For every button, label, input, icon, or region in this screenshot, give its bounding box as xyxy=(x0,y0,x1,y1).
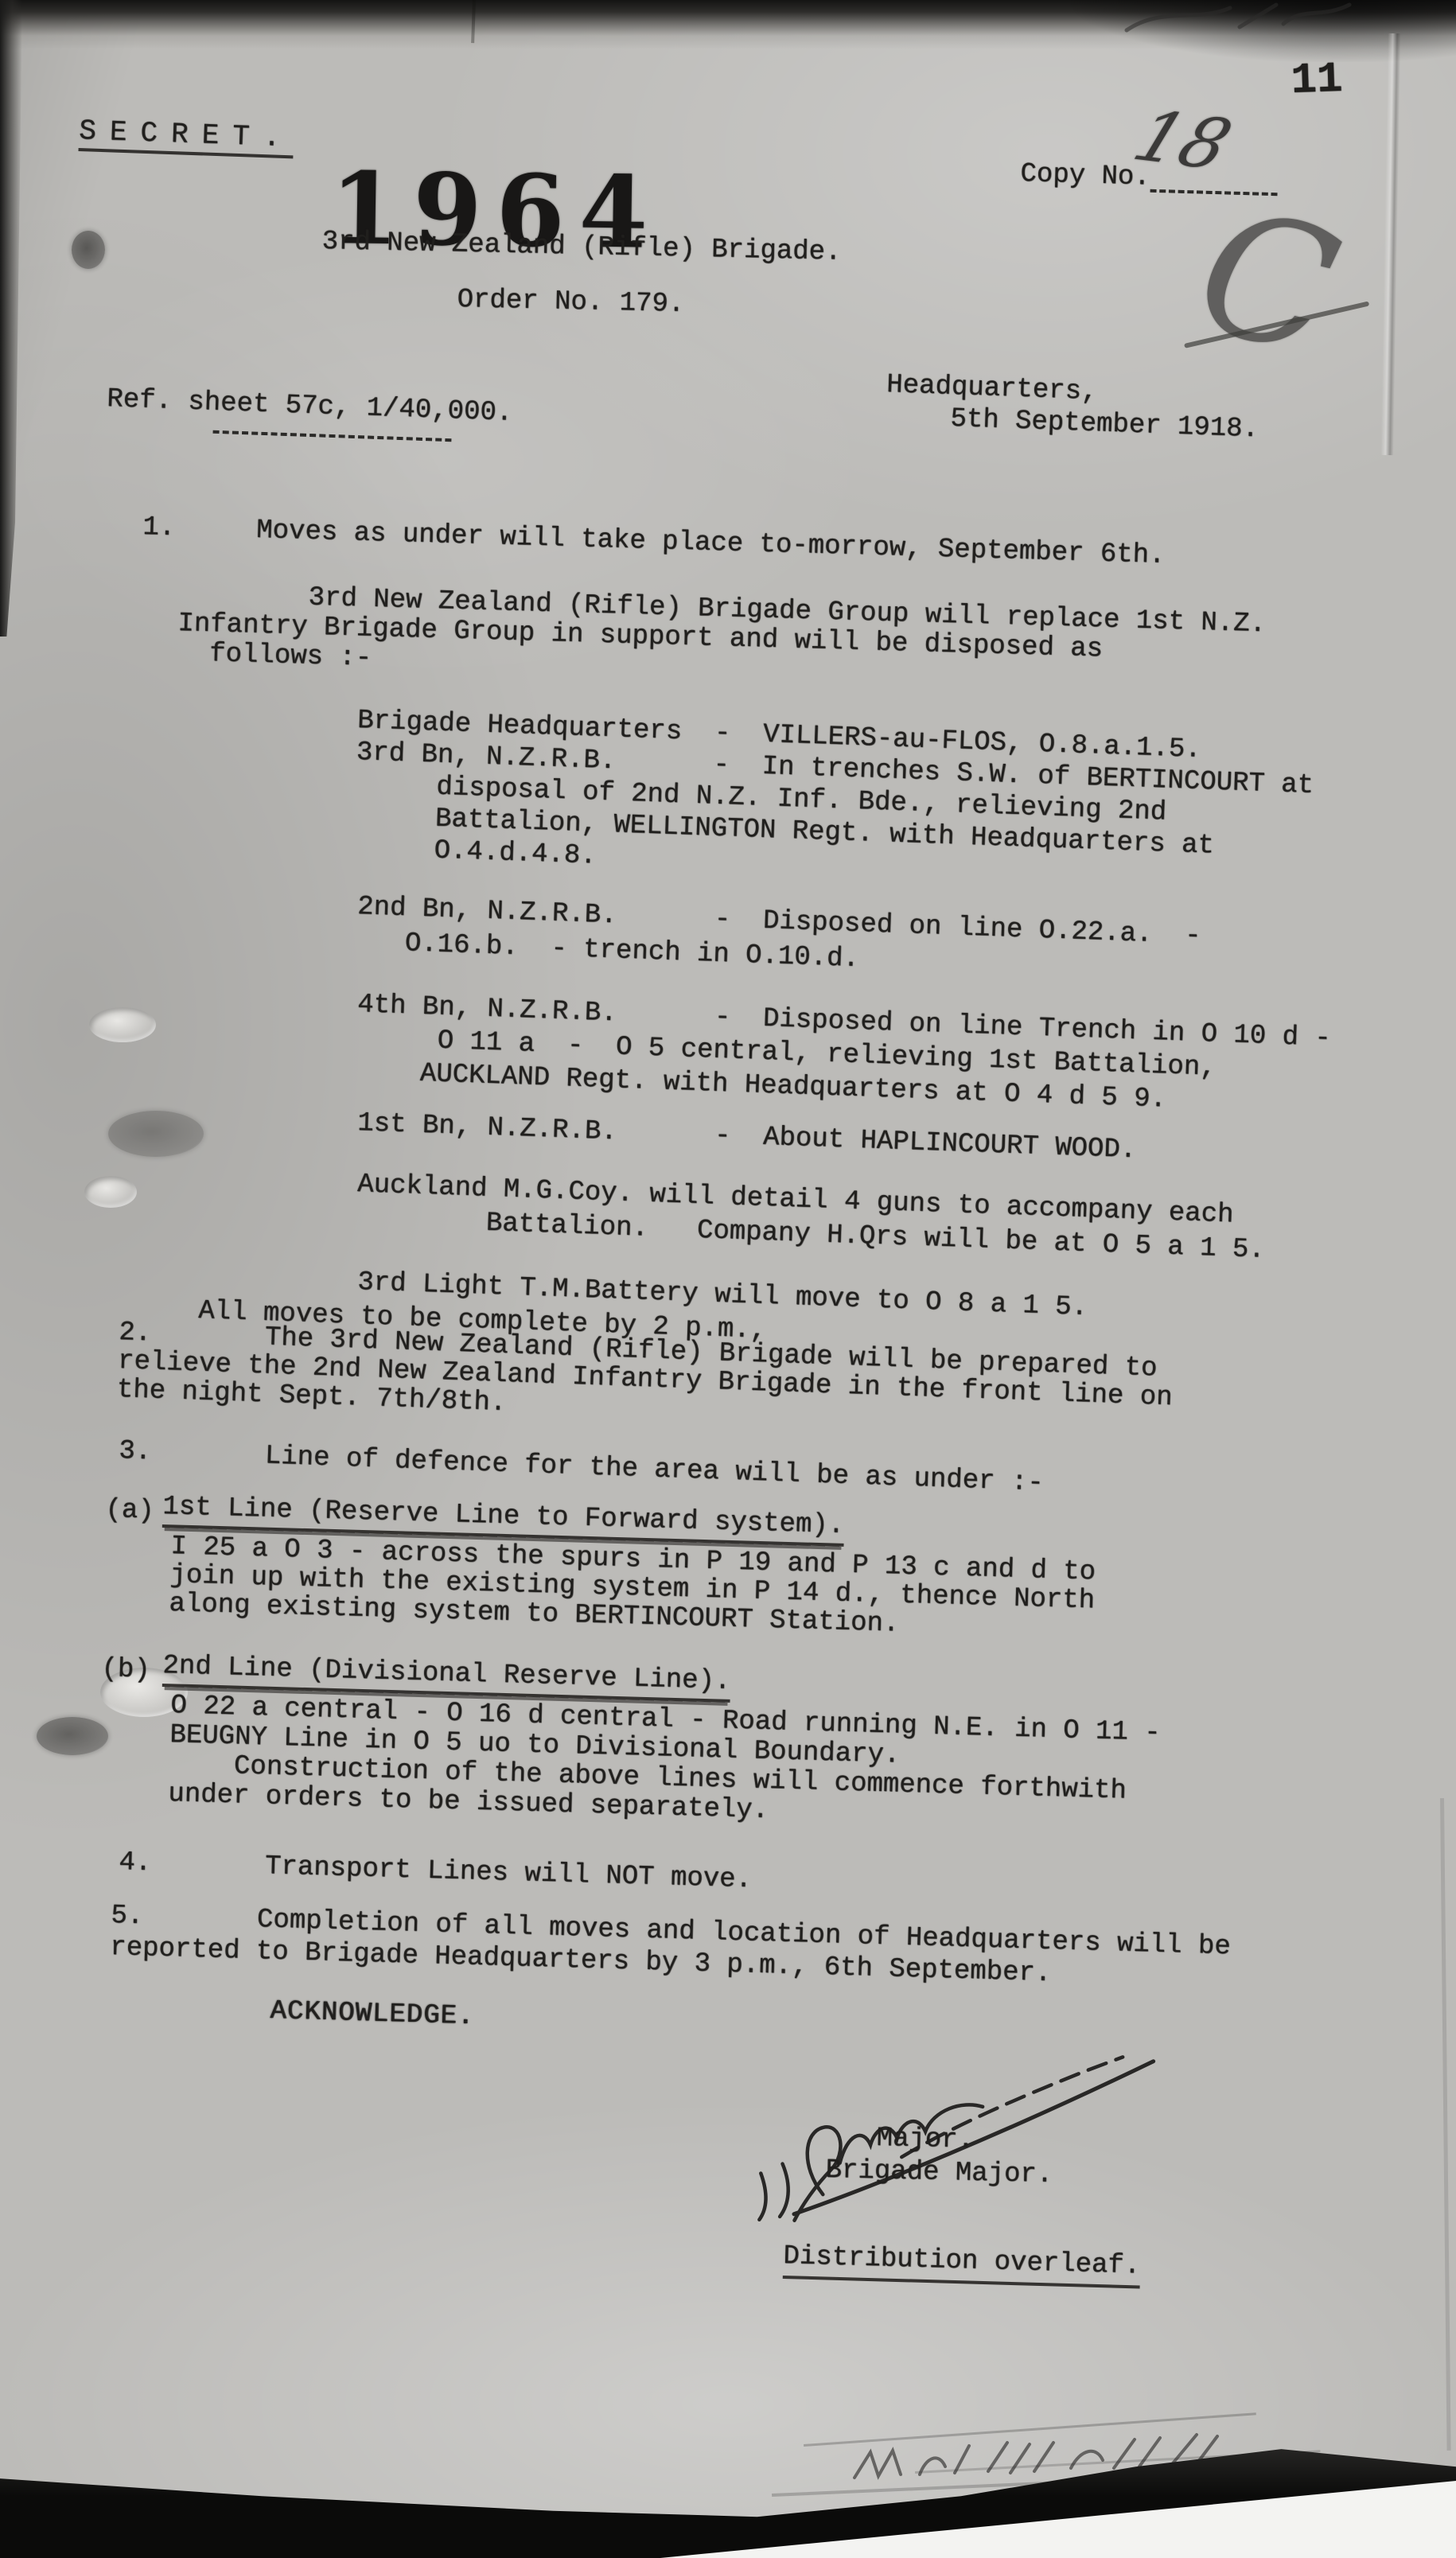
dateline: Headquarters, 5th September 1918. xyxy=(885,369,1260,446)
paragraph-4: 4. Transport Lines will NOT move. xyxy=(119,1848,752,1895)
signature-position: Brigade Major. xyxy=(825,2156,1053,2190)
punch-hole xyxy=(89,1007,156,1042)
paragraph-2: 2. The 3rd New Zealand (Rifle) Brigade w… xyxy=(116,1318,1174,1441)
document-scan-page: 11 SECRET. 1964 Copy No. 18 C 3rd New Ze… xyxy=(0,0,1456,2558)
fold-crease xyxy=(1380,33,1400,455)
signature-rank: Major. xyxy=(876,2124,974,2156)
page-number: 11 xyxy=(1291,65,1343,96)
disposition-4th-bn: 4th Bn, N.Z.R.B. - Disposed on line Tren… xyxy=(355,988,1332,1123)
classification-stamp: SECRET. xyxy=(78,116,294,158)
photo-left-edge xyxy=(0,0,22,637)
top-scribble xyxy=(1120,0,1359,38)
machine-gun-company-note: Auckland M.G.Coy. will detail 4 guns to … xyxy=(356,1168,1267,1268)
punch-hole xyxy=(37,1717,108,1755)
paragraph-5: 5. Completion of all moves and location … xyxy=(110,1900,1232,1995)
sub-a-marker: (a) xyxy=(105,1496,154,1527)
disposition-brigade-hq: Brigade Headquarters - VILLERS-au-FLOS, … xyxy=(352,705,1315,897)
disposition-2nd-bn: 2nd Bn, N.Z.R.B. - Disposed on line O.22… xyxy=(356,890,1201,989)
copy-check-mark: C xyxy=(1185,189,1351,376)
paragraph-1: 1. Moves as under will take place to-mor… xyxy=(142,513,1166,571)
sub-b-body: O 22 a central - O 16 d central - Road r… xyxy=(168,1692,1161,1837)
punch-hole xyxy=(72,231,105,269)
acknowledge-note: ACKNOWLEDGE. xyxy=(270,1997,475,2032)
sub-a-body: I 25 a O 3 - across the spurs in P 19 an… xyxy=(169,1532,1096,1644)
sub-b-marker: (b) xyxy=(101,1655,150,1686)
disposition-1st-bn: 1st Bn, N.Z.R.B. - About HAPLINCOURT WOO… xyxy=(357,1109,1137,1166)
page-right-edge-line xyxy=(1440,1798,1451,2451)
punch-hole xyxy=(84,1176,137,1208)
document-subtitle: Order No. 179. xyxy=(457,286,684,320)
distribution-note: Distribution overleaf. xyxy=(783,2242,1141,2289)
paragraph-1-detail: 3rd New Zealand (Rifle) Brigade Group wi… xyxy=(177,580,1267,699)
punch-hole xyxy=(108,1111,204,1157)
paragraph-3: 3. Line of defence for the area will be … xyxy=(119,1437,1045,1499)
